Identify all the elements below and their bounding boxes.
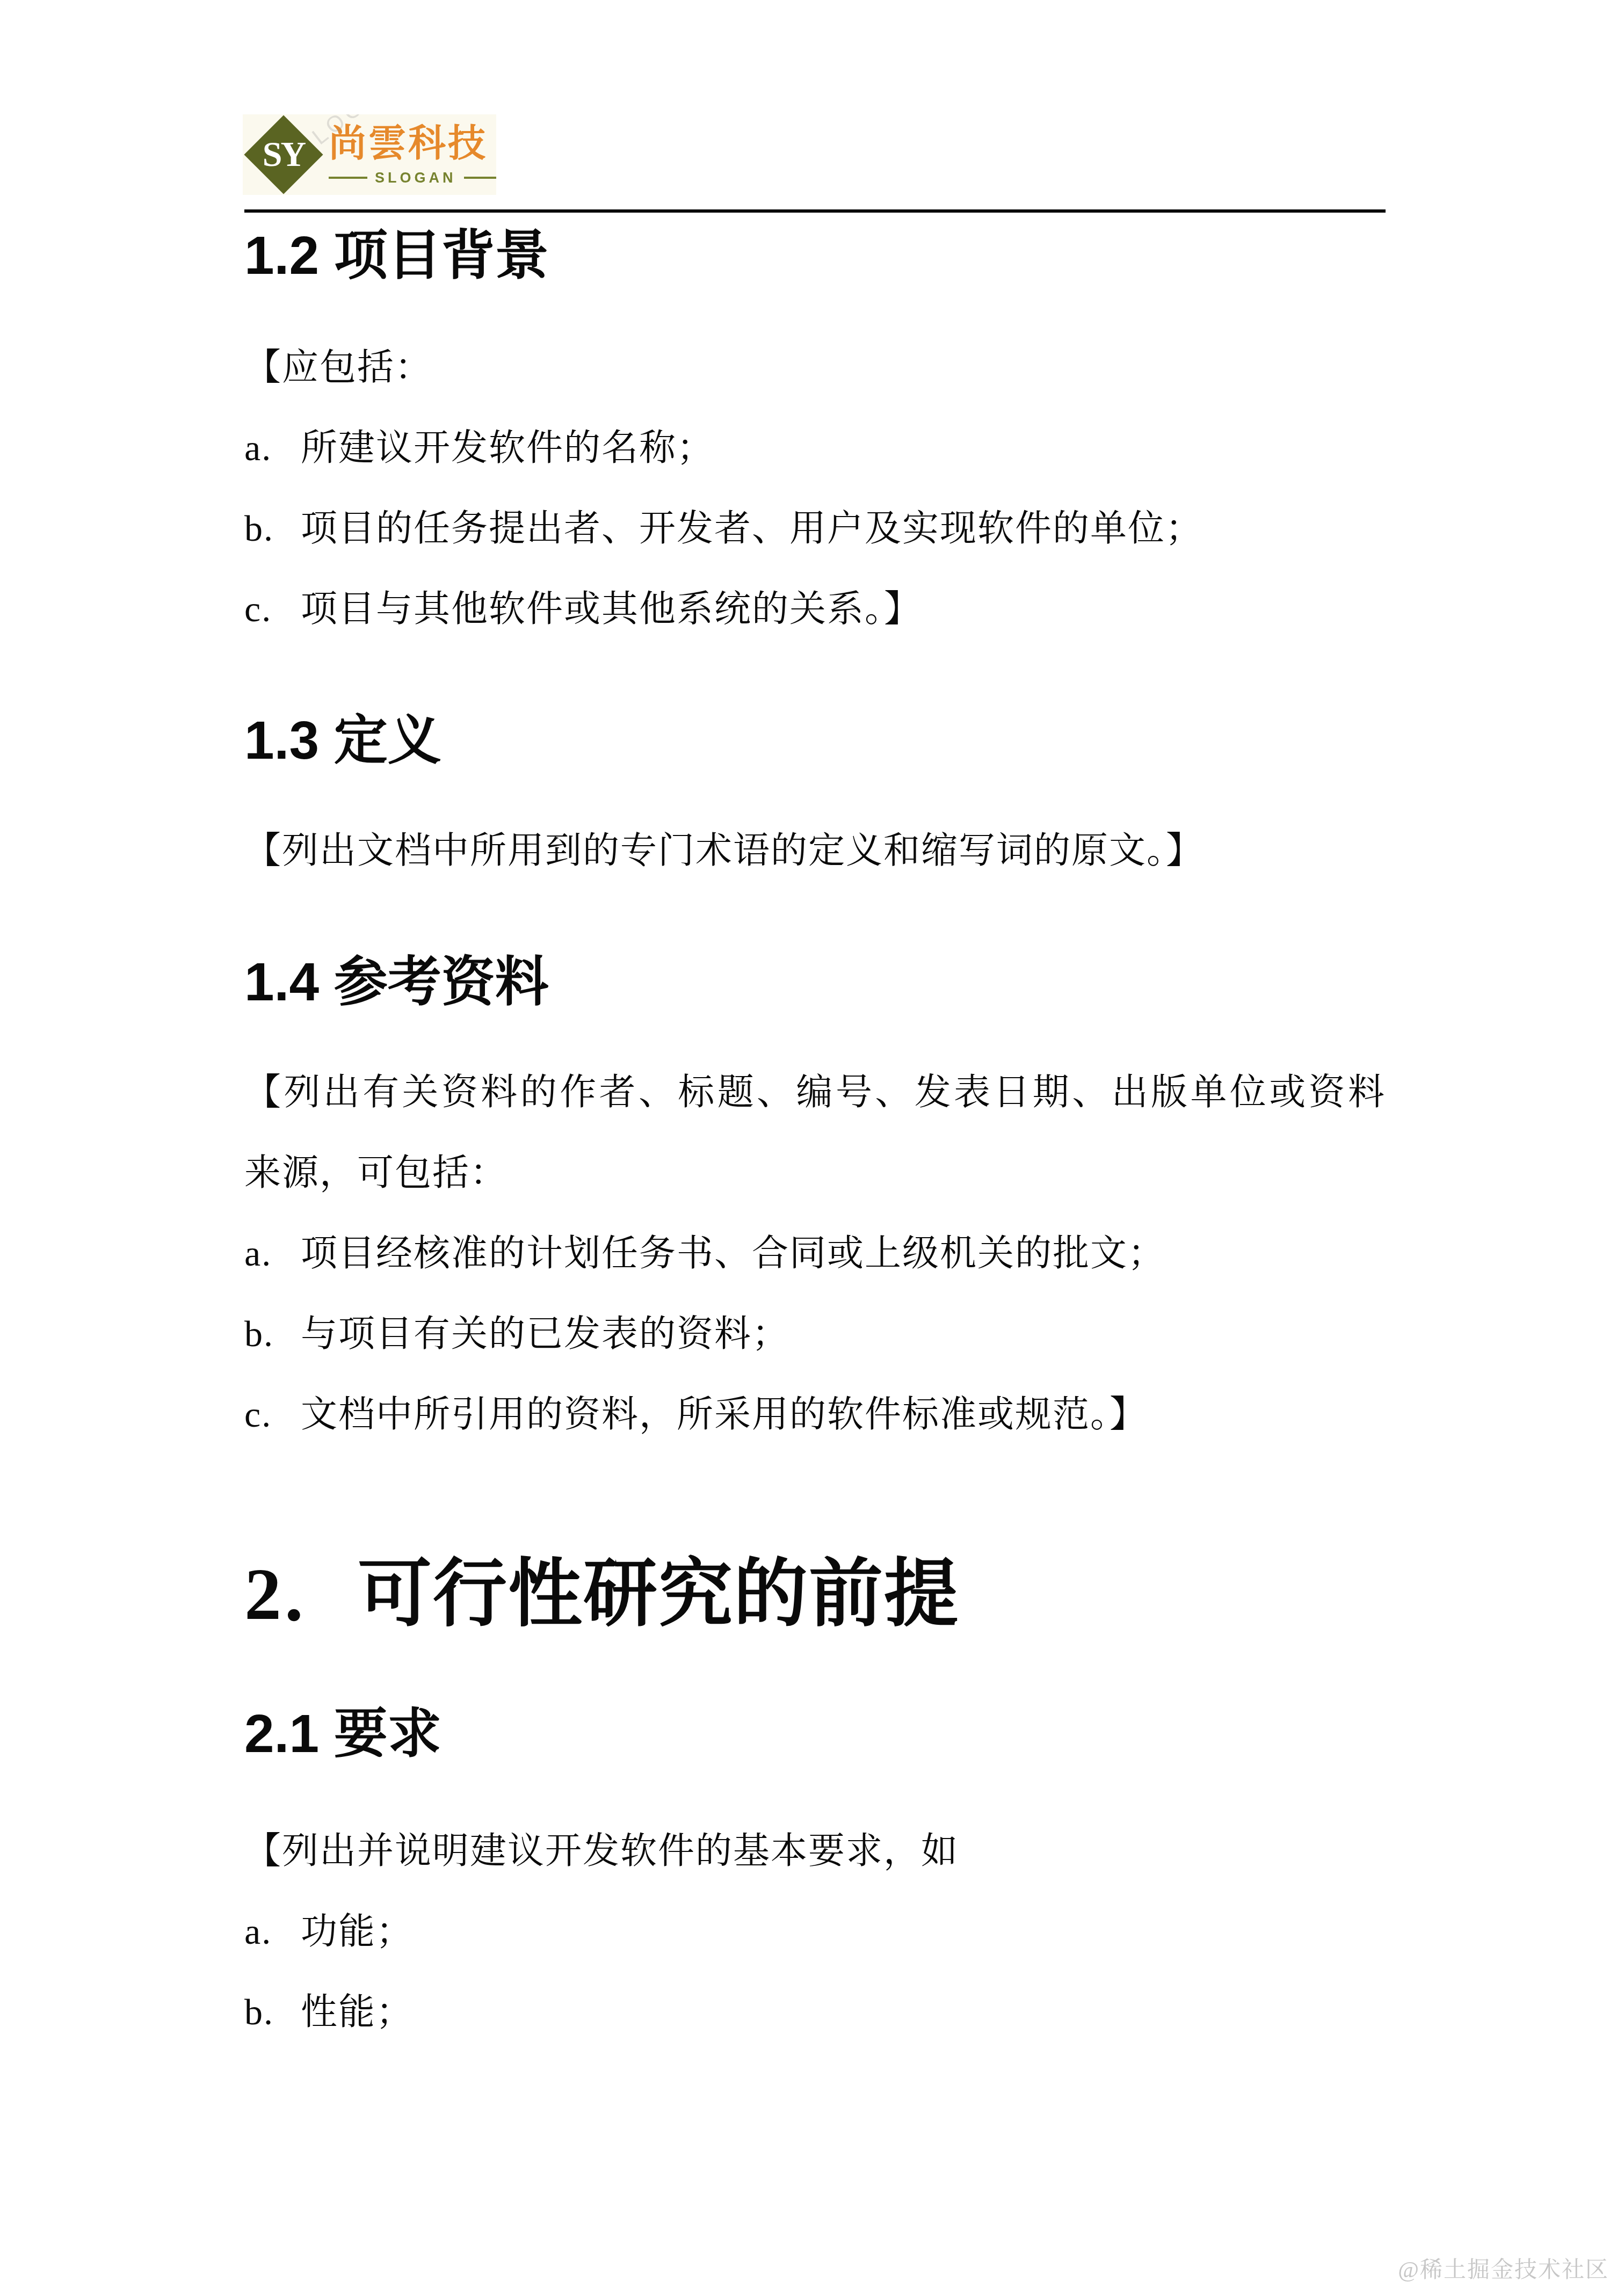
list-item-1-4-b: b.与项目有关的已发表的资料； — [244, 1294, 1386, 1374]
list-marker: a. — [244, 1891, 301, 1972]
list-text: 文档中所引用的资料，所采用的软件标准或规范。】 — [301, 1394, 1147, 1435]
header-divider-line — [244, 209, 1386, 213]
list-text: 所建议开发软件的名称； — [301, 427, 714, 468]
list-marker: b. — [244, 1294, 301, 1374]
list-item-1-2-c: c.项目与其他软件或其他系统的关系。】 — [244, 569, 1386, 649]
paragraph-1-2-intro: 【应包括： — [244, 327, 1386, 408]
list-text: 项目经核准的计划任务书、合同或上级机关的批文； — [301, 1233, 1165, 1274]
list-marker: a. — [244, 1213, 301, 1294]
paragraph-1-4-intro: 【列出有关资料的作者、标题、编号、发表日期、出版单位或资料 来源，可包括： — [244, 1052, 1386, 1213]
section-title-1-2: 1.2 项目背景 — [244, 226, 1386, 285]
list-item-1-4-c: c.文档中所引用的资料，所采用的软件标准或规范。】 — [244, 1374, 1386, 1455]
list-text: 项目的任务提出者、开发者、用户及实现软件的单位； — [301, 508, 1203, 549]
list-marker: b. — [244, 1972, 301, 2052]
list-item-2-1-a: a.功能； — [244, 1891, 1386, 1972]
list-item-1-4-a: a.项目经核准的计划任务书、合同或上级机关的批文； — [244, 1213, 1386, 1294]
list-marker: a. — [244, 408, 301, 488]
list-text: 性能； — [301, 1992, 414, 2032]
paragraph-1-4-intro-line2: 来源，可包括： — [244, 1132, 1386, 1213]
list-item-1-2-b: b.项目的任务提出者、开发者、用户及实现软件的单位； — [244, 488, 1386, 569]
list-text: 功能； — [301, 1911, 414, 1952]
document-content: 1.2 项目背景 【应包括： a.所建议开发软件的名称； b.项目的任务提出者、… — [244, 0, 1386, 2052]
section-title-1-4: 1.4 参考资料 — [244, 953, 1386, 1012]
document-page: LOGO SY 尚雲科技 SLOGAN 1.2 项目背景 【应包括： a.所建议… — [0, 0, 1624, 2296]
list-item-2-1-b: b.性能； — [244, 1972, 1386, 2052]
section-title-2-1: 2.1 要求 — [244, 1704, 1386, 1763]
site-watermark: @稀土掘金技术社区 — [1398, 2252, 1609, 2284]
paragraph-2-1-intro: 【列出并说明建议开发软件的基本要求，如 — [244, 1811, 1386, 1891]
section-title-1-3: 1.3 定义 — [244, 711, 1386, 770]
paragraph-1-3-body: 【列出文档中所用到的专门术语的定义和缩写词的原文。】 — [244, 810, 1386, 891]
chapter-title-2: 2．可行性研究的前提 — [244, 1551, 1386, 1637]
list-marker: b. — [244, 488, 301, 569]
paragraph-1-4-intro-line1: 【列出有关资料的作者、标题、编号、发表日期、出版单位或资料 — [244, 1052, 1386, 1132]
list-item-1-2-a: a.所建议开发软件的名称； — [244, 408, 1386, 488]
list-text: 与项目有关的已发表的资料； — [301, 1313, 789, 1354]
list-marker: c. — [244, 1374, 301, 1455]
list-text: 项目与其他软件或其他系统的关系。】 — [301, 588, 922, 629]
list-marker: c. — [244, 569, 301, 649]
